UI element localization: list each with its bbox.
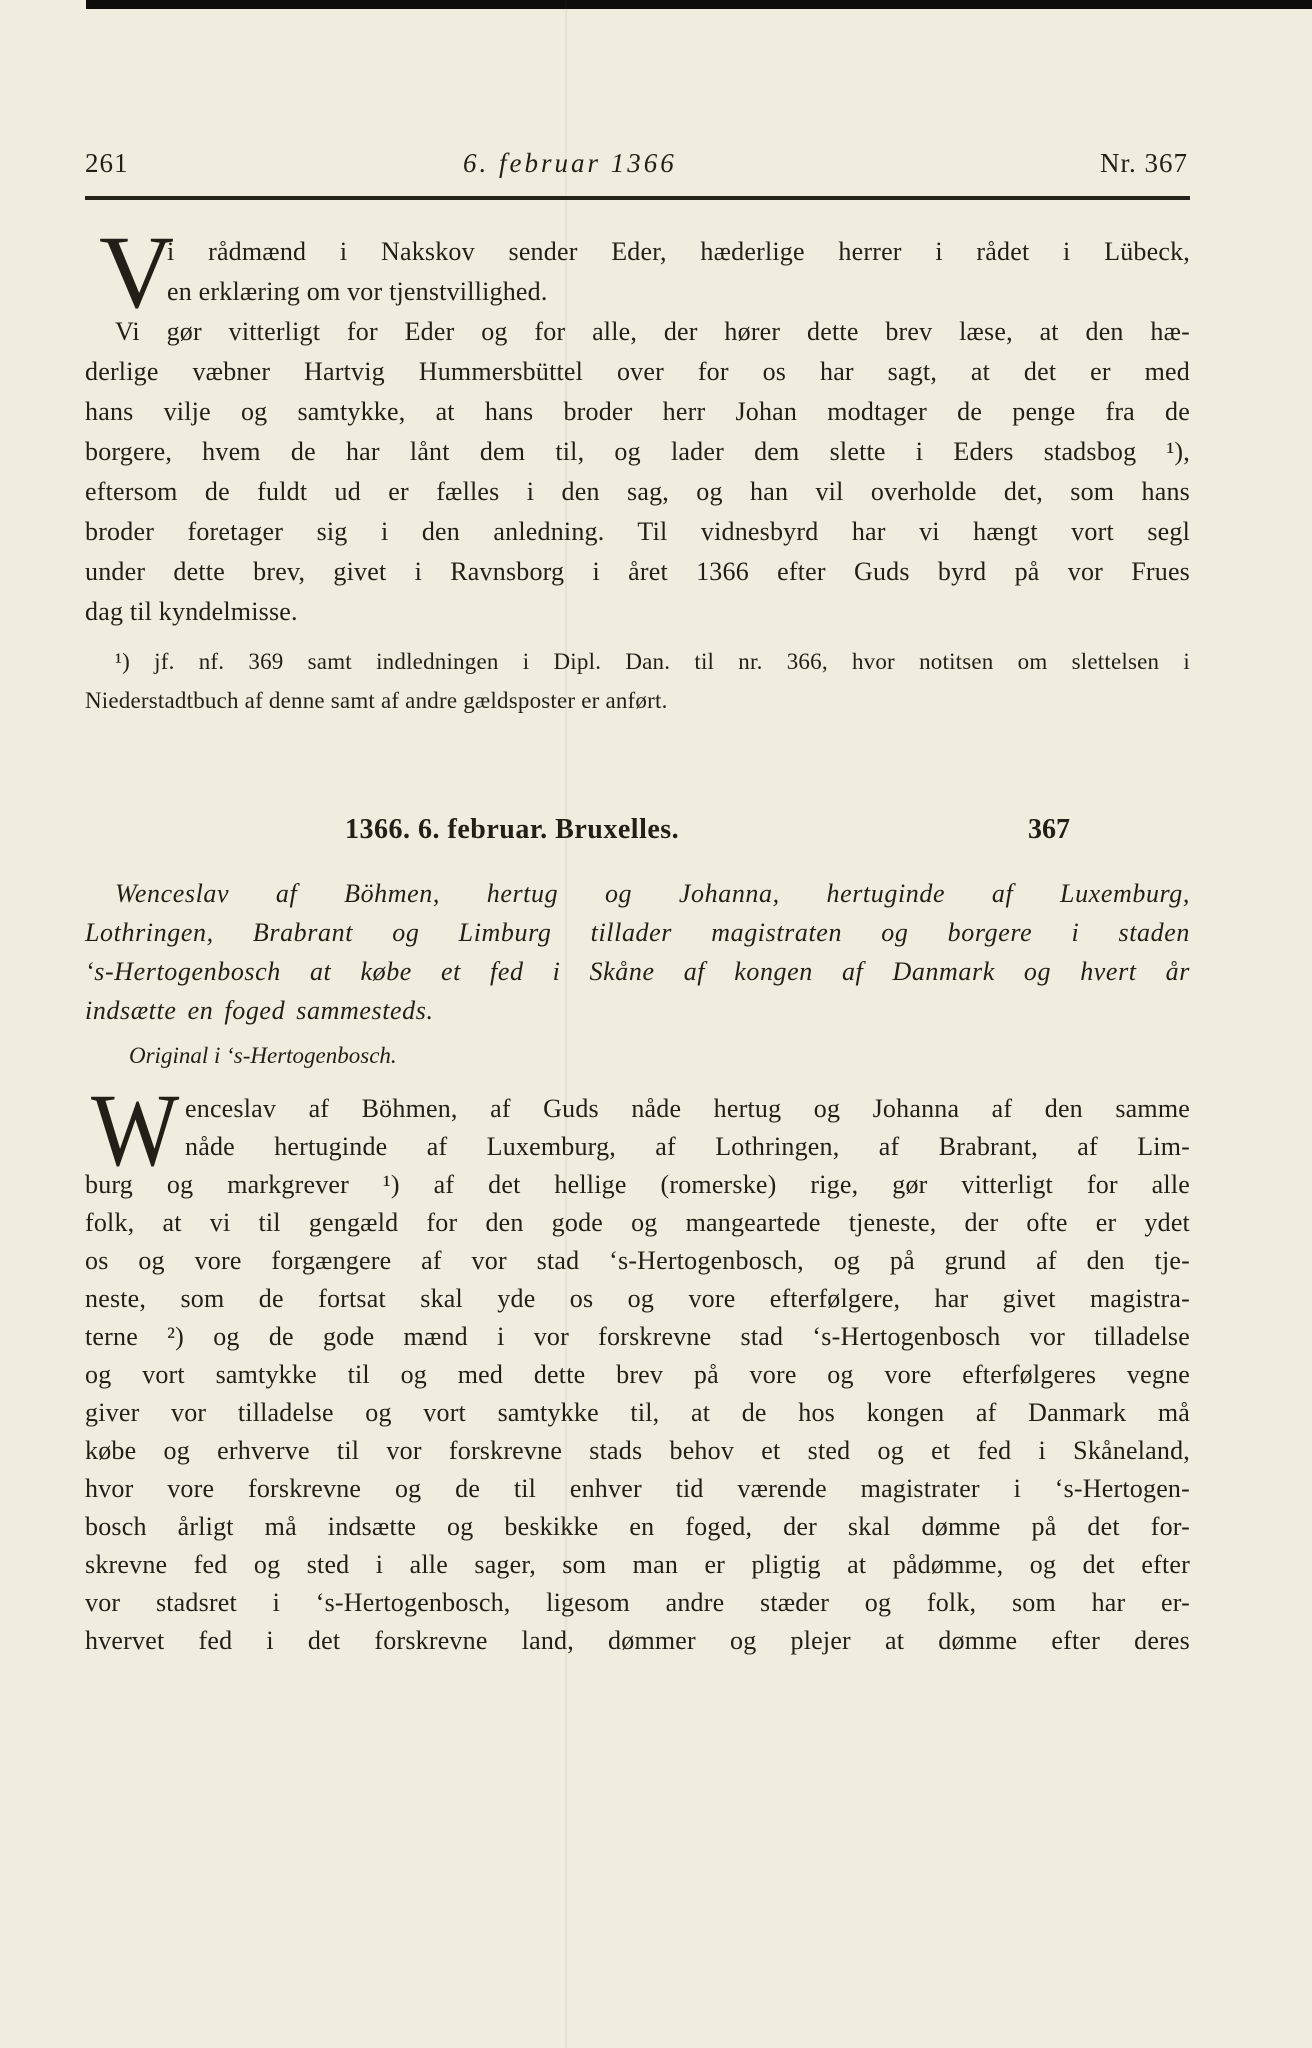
text-line: os og vore forgængere af vor stad ‘s-Her… bbox=[85, 1242, 1190, 1280]
entry-367-body: enceslav af Böhmen, af Guds nåde hertug … bbox=[85, 1090, 1190, 1660]
text-line: folk, at vi til gengæld for den gode og … bbox=[85, 1204, 1190, 1242]
text-line: terne ²) og de gode mænd i vor forskrevn… bbox=[85, 1318, 1190, 1356]
entry-367: Wenceslav af Böhmen, hertug og Johanna, … bbox=[85, 874, 1190, 1660]
entry-367-heading-number: 367 bbox=[1028, 814, 1070, 846]
text-line: og vort samtykke til og med dette brev p… bbox=[85, 1356, 1190, 1394]
entry-366-footnote: ¹) jf. nf. 369 samt indledningen i Dipl.… bbox=[85, 642, 1190, 720]
text-line: burg og markgrever ¹) af det hellige (ro… bbox=[85, 1166, 1190, 1204]
text-line: købe og erhverve til vor forskrevne stad… bbox=[85, 1432, 1190, 1470]
text-line: hvervet fed i det forskrevne land, dømme… bbox=[85, 1622, 1190, 1660]
text-line: i rådmænd i Nakskov sender Eder, hæderli… bbox=[85, 232, 1190, 272]
text-line: Vi gør vitterligt for Eder og for alle, … bbox=[85, 312, 1190, 352]
text-line: under dette brev, givet i Ravnsborg i år… bbox=[85, 552, 1190, 592]
running-title: 6. februar 1366 bbox=[463, 148, 677, 179]
drop-cap-v: V bbox=[99, 232, 174, 314]
text-line: Lothringen, Brabrant og Limburg tillader… bbox=[85, 913, 1190, 952]
text-line: derlige væbner Hartvig Hummersbüttel ove… bbox=[85, 352, 1190, 392]
text-line: nåde hertuginde af Luxemburg, af Lothrin… bbox=[85, 1128, 1190, 1166]
text-line: eftersom de fuldt ud er fælles i den sag… bbox=[85, 472, 1190, 512]
text-line: hvor vore forskrevne og de til enhver ti… bbox=[85, 1470, 1190, 1508]
text-line: borgere, hvem de har lånt dem til, og la… bbox=[85, 432, 1190, 472]
entry-367-heading: 1366. 6. februar. Bruxelles. 367 bbox=[85, 814, 1190, 852]
drop-cap-w: W bbox=[91, 1090, 179, 1172]
entry-366-opening: V i rådmænd i Nakskov sender Eder, hæder… bbox=[85, 232, 1190, 312]
text-line: neste, som de fortsat skal yde os og vor… bbox=[85, 1280, 1190, 1318]
text-line: broder foretager sig i den anledning. Ti… bbox=[85, 512, 1190, 552]
entry-366-body: Vi gør vitterligt for Eder og for alle, … bbox=[85, 312, 1190, 632]
entry-367-body-wrap: W enceslav af Böhmen, af Guds nåde hertu… bbox=[85, 1090, 1190, 1660]
text-line: indsætte en foged sammesteds. bbox=[85, 991, 1190, 1030]
text-line: ¹) jf. nf. 369 samt indledningen i Dipl.… bbox=[85, 642, 1190, 681]
header-rule bbox=[85, 196, 1190, 200]
text-line: enceslav af Böhmen, af Guds nåde hertug … bbox=[85, 1090, 1190, 1128]
entry-366-opening-lines: i rådmænd i Nakskov sender Eder, hæderli… bbox=[85, 232, 1190, 312]
text-line: Wenceslav af Böhmen, hertug og Johanna, … bbox=[85, 874, 1190, 913]
entry-367-heading-title: 1366. 6. februar. Bruxelles. bbox=[345, 814, 679, 846]
text-line: ‘s-Hertogenbosch at købe et fed i Skåne … bbox=[85, 952, 1190, 991]
text-line: bosch årligt må indsætte og beskikke en … bbox=[85, 1508, 1190, 1546]
text-line: en erklæring om vor tjenstvillighed. bbox=[85, 272, 1190, 312]
entry-367-summary: Wenceslav af Böhmen, hertug og Johanna, … bbox=[85, 874, 1190, 1030]
page-header: 261 6. februar 1366 Nr. 367 bbox=[85, 148, 1190, 186]
page-number: 261 bbox=[85, 148, 129, 179]
book-page: 261 6. februar 1366 Nr. 367 V i rådmænd … bbox=[85, 0, 1190, 1660]
entry-number-header: Nr. 367 bbox=[1100, 148, 1188, 179]
text-line: giver vor tilladelse og vort samtykke ti… bbox=[85, 1394, 1190, 1432]
text-line: dag til kyndelmisse. bbox=[85, 592, 1190, 632]
text-line: vor stadsret i ‘s-Hertogenbosch, ligesom… bbox=[85, 1584, 1190, 1622]
entry-367-source-note: Original i ‘s-Hertogenbosch. bbox=[85, 1038, 1190, 1074]
text-line: skrevne fed og sted i alle sager, som ma… bbox=[85, 1546, 1190, 1584]
text-line: hans vilje og samtykke, at hans broder h… bbox=[85, 392, 1190, 432]
entry-366: V i rådmænd i Nakskov sender Eder, hæder… bbox=[85, 232, 1190, 720]
text-line: Niederstadtbuch af denne samt af andre g… bbox=[85, 681, 1190, 720]
